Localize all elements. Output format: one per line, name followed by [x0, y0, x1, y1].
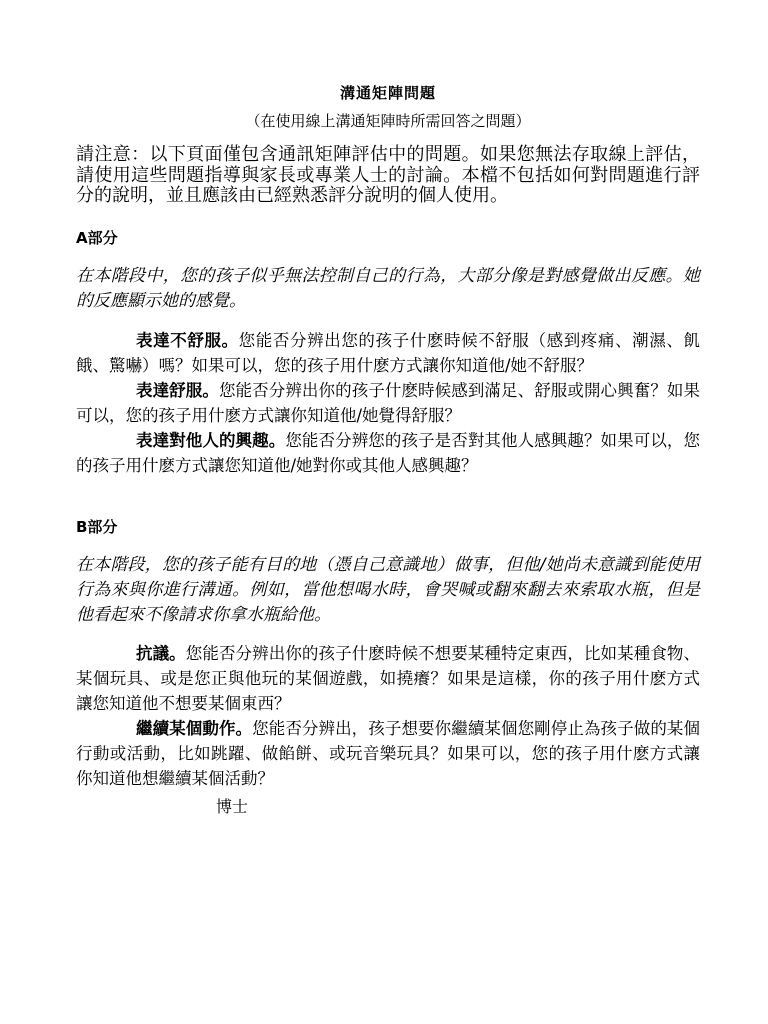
- section-b: B部分 在本階段，您的孩子能有目的地（憑自己意識地）做事，但他/她尚未意識到能使…: [76, 519, 700, 791]
- question-item: 表達不舒服。您能否分辨出您的孩子什麽時候不舒服（感到疼痛、潮濕、飢餓、驚嚇）嗎？…: [76, 328, 700, 378]
- question-term: 表達不舒服。: [136, 331, 239, 350]
- question-term: 表達舒服。: [136, 381, 219, 400]
- question-item: 抗議。您能否分辨出你的孩子什麽時候不想要某種特定東西，比如某種食物、某個玩具、或…: [76, 641, 700, 716]
- section-a: A部分 在本階段中，您的孩子似乎無法控制自己的行為，大部分像是對感覺做出反應。她…: [76, 230, 700, 478]
- section-b-heading: B部分: [76, 519, 700, 536]
- section-b-description: 在本階段，您的孩子能有目的地（憑自己意識地）做事，但他/她尚未意識到能使用行為來…: [76, 553, 700, 628]
- question-term: 繼續某個動作。: [136, 719, 252, 738]
- footer-text: 博士: [216, 798, 700, 816]
- document-page: 溝通矩陣問題 （在使用線上溝通矩陣時所需回答之問題） 請注意：以下頁面僅包含通訊…: [0, 0, 768, 1024]
- notice-paragraph: 請注意：以下頁面僅包含通訊矩陣評估中的問題。如果您無法存取線上評估，請使用這些問…: [76, 145, 700, 207]
- question-term: 表達對他人的興趣。: [136, 431, 285, 450]
- question-item: 表達舒服。您能否分辨出你的孩子什麽時候感到滿足、舒服或開心興奮？如果可以，您的孩…: [76, 378, 700, 428]
- question-item: 表達對他人的興趣。您能否分辨您的孩子是否對其他人感興趣？如果可以，您的孩子用什麽…: [76, 428, 700, 478]
- page-title: 溝通矩陣問題: [76, 84, 700, 102]
- section-a-heading: A部分: [76, 230, 700, 247]
- page-subtitle: （在使用線上溝通矩陣時所需回答之問題）: [76, 112, 700, 130]
- section-a-questions: 表達不舒服。您能否分辨出您的孩子什麽時候不舒服（感到疼痛、潮濕、飢餓、驚嚇）嗎？…: [76, 328, 700, 478]
- section-b-questions: 抗議。您能否分辨出你的孩子什麽時候不想要某種特定東西，比如某種食物、某個玩具、或…: [76, 641, 700, 791]
- question-term: 抗議。: [136, 644, 186, 663]
- section-a-description: 在本階段中，您的孩子似乎無法控制自己的行為，大部分像是對感覺做出反應。她的反應顯…: [76, 264, 700, 314]
- question-item: 繼續某個動作。您能否分辨出，孩子想要你繼續某個您剛停止為孩子做的某個行動或活動，…: [76, 716, 700, 791]
